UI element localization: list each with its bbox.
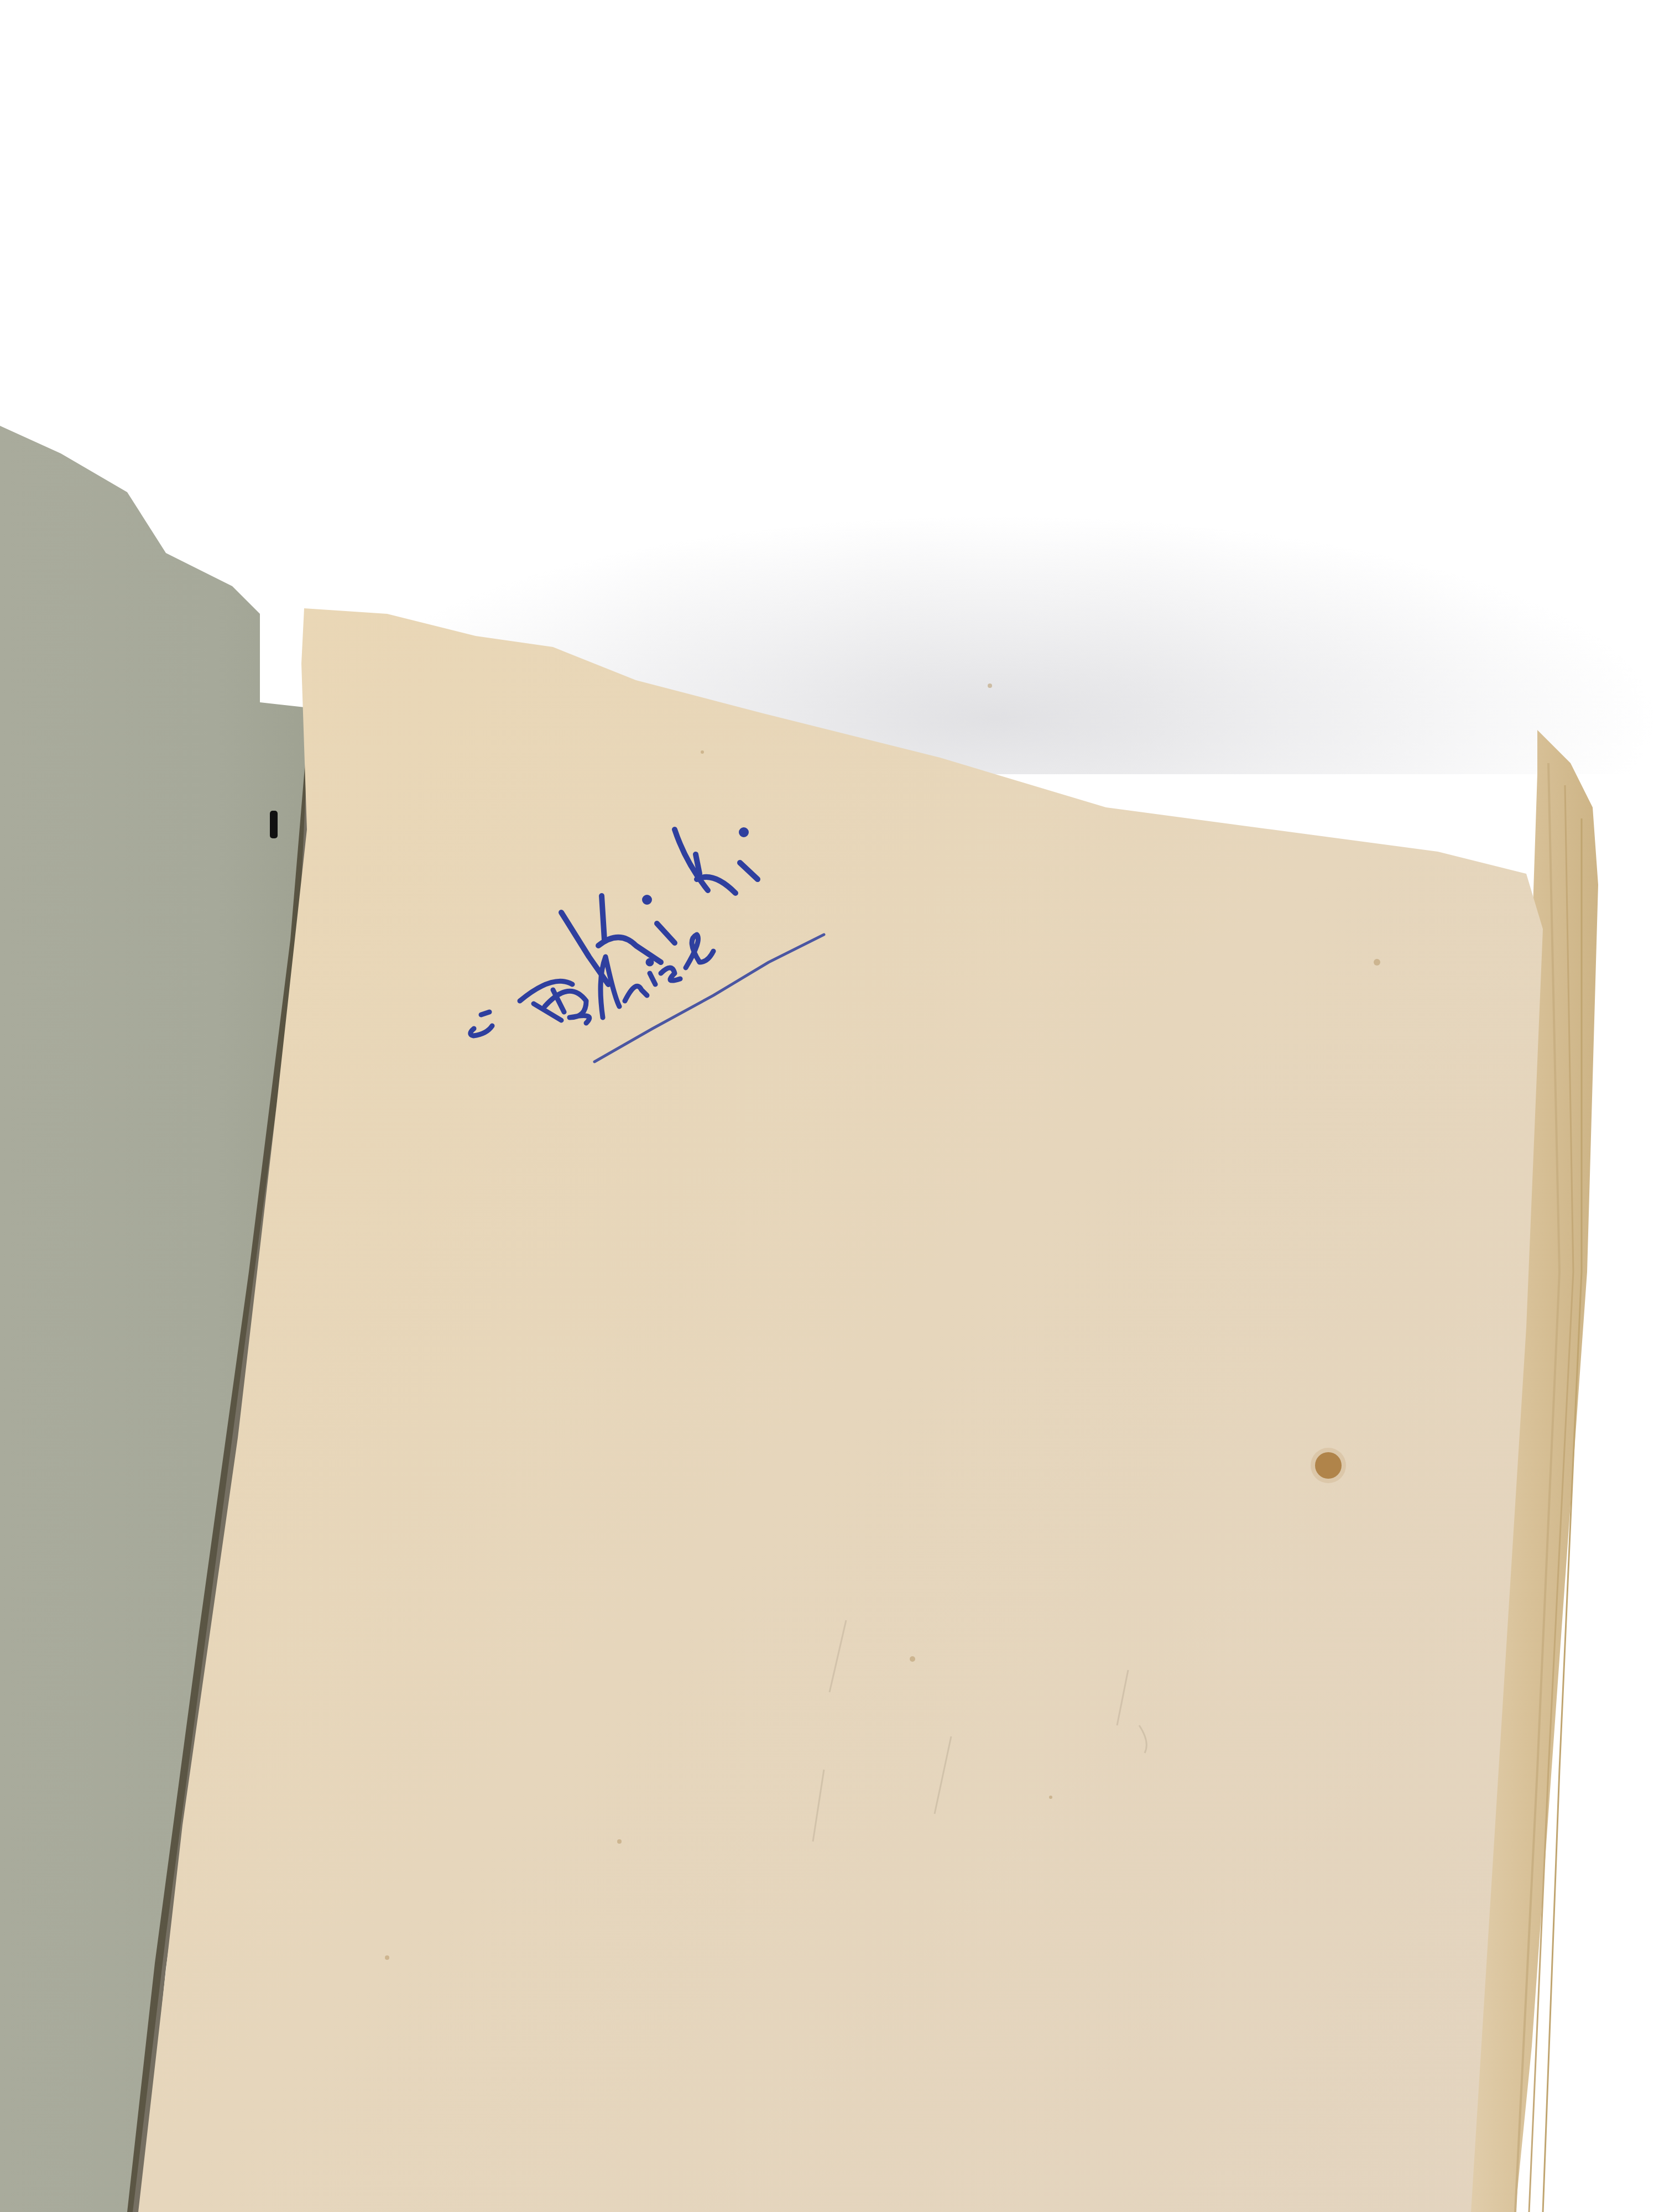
open-book <box>0 0 1659 2212</box>
flyleaf-page <box>138 608 1543 2212</box>
gutter-mark <box>270 811 278 838</box>
photo-scene <box>0 0 1659 2212</box>
